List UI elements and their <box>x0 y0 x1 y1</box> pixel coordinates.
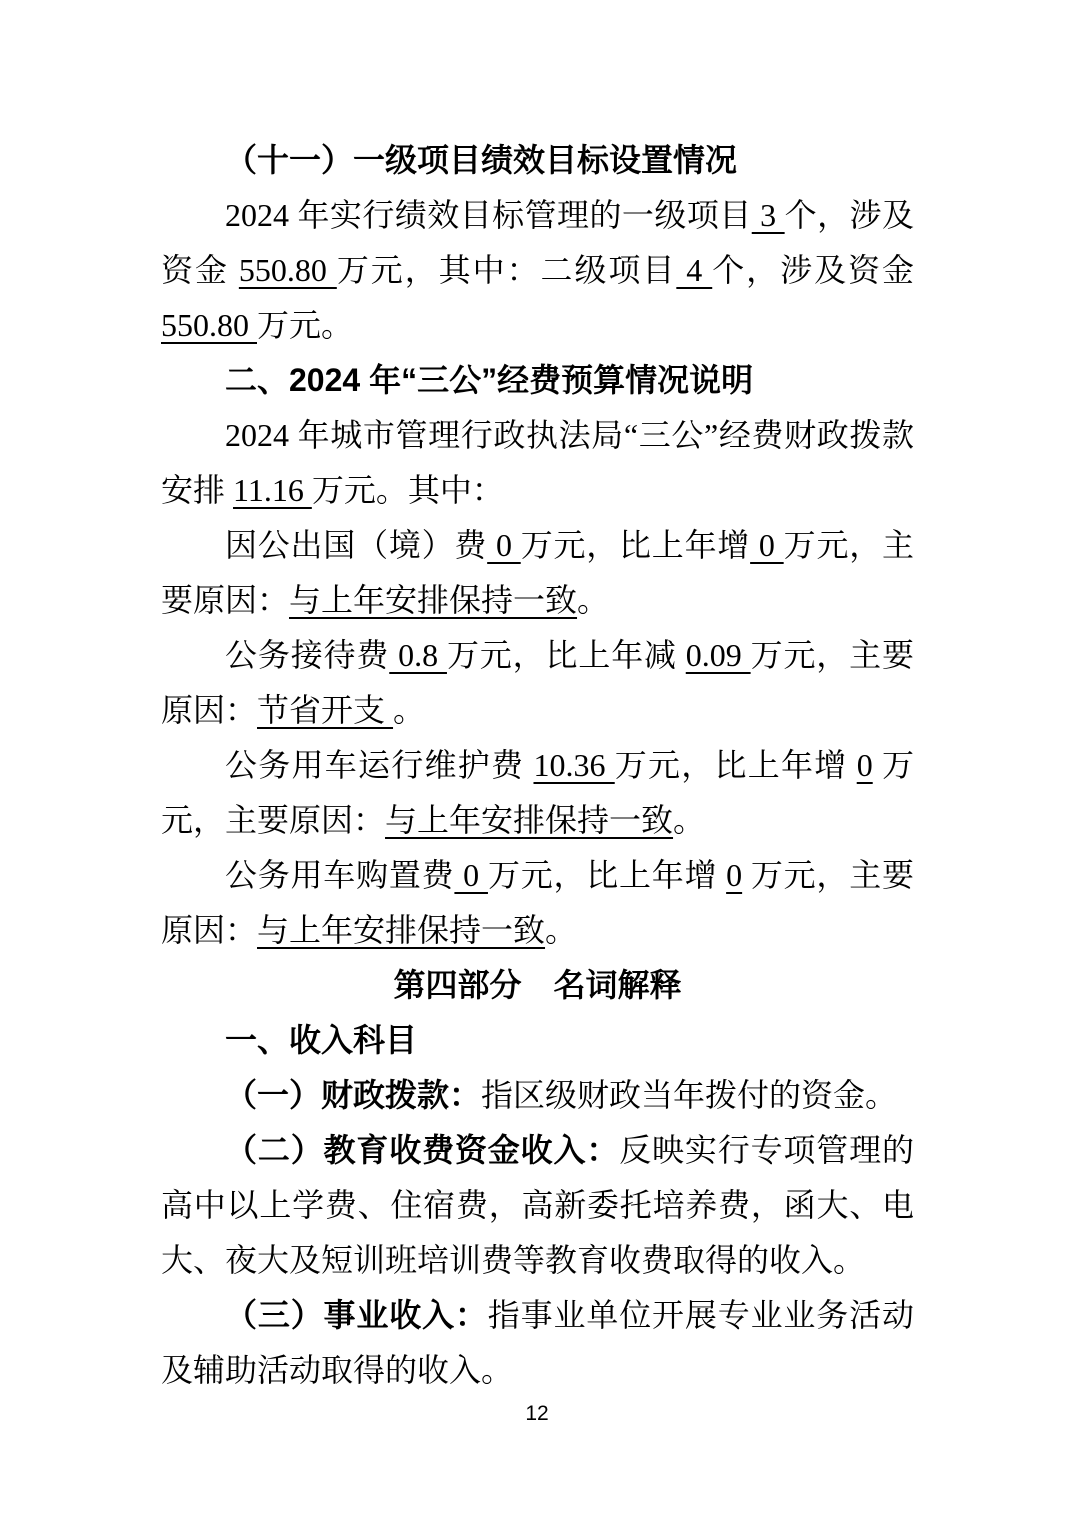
text-segment: 万元，比上年增 <box>615 747 857 783</box>
text-segment: 万元，比上年减 <box>447 637 686 673</box>
text-segment: 公务接待费 <box>225 637 389 673</box>
paragraph-abroad-expense: 因公出国（境）费 0 万元，比上年增 0 万元，主要原因：与上年安排保持一致。 <box>161 518 914 628</box>
glossary-item-education-fee-income: （二）教育收费资金收入：反映实行专项管理的高中以上学费、住宿费，高新委托培养费，… <box>161 1123 914 1288</box>
underlined-reason: 与上年安排保持一致 <box>385 802 673 838</box>
text-segment: 万元。 <box>257 307 353 343</box>
underlined-value: 550.80 <box>161 307 257 343</box>
heading-part-four-glossary: 第四部分 名词解释 <box>161 958 914 1013</box>
document-page: （十一）一级项目绩效目标设置情况 2024 年实行绩效目标管理的一级项目 3 个… <box>0 0 1074 1520</box>
text-segment: 2024 年实行绩效目标管理的一级项目 <box>225 197 752 233</box>
text-segment: 。 <box>577 582 609 618</box>
glossary-definition: 指区级财政当年拨付的资金。 <box>481 1077 897 1113</box>
underlined-value: 0 <box>857 747 873 783</box>
glossary-term: （二）教育收费资金收入： <box>225 1132 619 1168</box>
text-segment: 。 <box>545 912 577 948</box>
underlined-value: 0 <box>454 857 488 893</box>
underlined-value: 0 <box>726 857 742 893</box>
underlined-reason: 与上年安排保持一致 <box>289 582 577 618</box>
text-segment: 公务用车购置费 <box>225 857 454 893</box>
underlined-reason: 节省开支 <box>257 692 393 728</box>
underlined-value: 11.16 <box>233 472 312 508</box>
glossary-term: （三）事业收入： <box>225 1297 488 1333</box>
underlined-value: 550.80 <box>239 252 337 288</box>
text-segment: 。 <box>393 692 425 728</box>
heading-sangong-budget: 二、2024 年“三公”经费预算情况说明 <box>161 353 914 408</box>
underlined-value: 0 <box>487 527 521 563</box>
paragraph-sangong-total: 2024 年城市管理行政执法局“三公”经费财政拨款安排 11.16 万元。其中： <box>161 408 914 518</box>
glossary-term: （一）财政拨款： <box>225 1077 481 1113</box>
page-number: 12 <box>0 1399 1074 1429</box>
underlined-value: 10.36 <box>533 747 614 783</box>
glossary-item-business-income: （三）事业收入：指事业单位开展专业业务活动及辅助活动取得的收入。 <box>161 1288 914 1398</box>
text-segment: 个，涉及资金 <box>712 252 914 288</box>
paragraph-performance-targets: 2024 年实行绩效目标管理的一级项目 3 个，涉及资金 550.80 万元，其… <box>161 188 914 353</box>
glossary-item-fiscal-appropriation: （一）财政拨款：指区级财政当年拨付的资金。 <box>161 1068 914 1123</box>
text-segment: 万元，比上年增 <box>521 527 750 563</box>
heading-performance-targets: （十一）一级项目绩效目标设置情况 <box>161 133 914 188</box>
underlined-value: 0.09 <box>686 637 751 673</box>
document-body: （十一）一级项目绩效目标设置情况 2024 年实行绩效目标管理的一级项目 3 个… <box>161 133 914 1398</box>
paragraph-vehicle-purchase-expense: 公务用车购置费 0 万元，比上年增 0 万元，主要原因：与上年安排保持一致。 <box>161 848 914 958</box>
paragraph-vehicle-maintenance-expense: 公务用车运行维护费 10.36 万元，比上年增 0 万元，主要原因：与上年安排保… <box>161 738 914 848</box>
underlined-value: 3 <box>752 197 785 233</box>
underlined-value: 4 <box>676 252 712 288</box>
text-segment: 万元。其中： <box>312 472 504 508</box>
text-segment: 。 <box>673 802 705 838</box>
underlined-value: 0.8 <box>389 637 447 673</box>
underlined-reason: 与上年安排保持一致 <box>257 912 545 948</box>
text-segment: 万元，比上年增 <box>488 857 726 893</box>
text-segment: 公务用车运行维护费 <box>225 747 533 783</box>
underlined-value: 0 <box>750 527 784 563</box>
text-segment: 因公出国（境）费 <box>225 527 487 563</box>
heading-income-subjects: 一、收入科目 <box>161 1013 914 1068</box>
paragraph-reception-expense: 公务接待费 0.8 万元，比上年减 0.09 万元，主要原因：节省开支 。 <box>161 628 914 738</box>
text-segment: 万元，其中：二级项目 <box>337 252 677 288</box>
